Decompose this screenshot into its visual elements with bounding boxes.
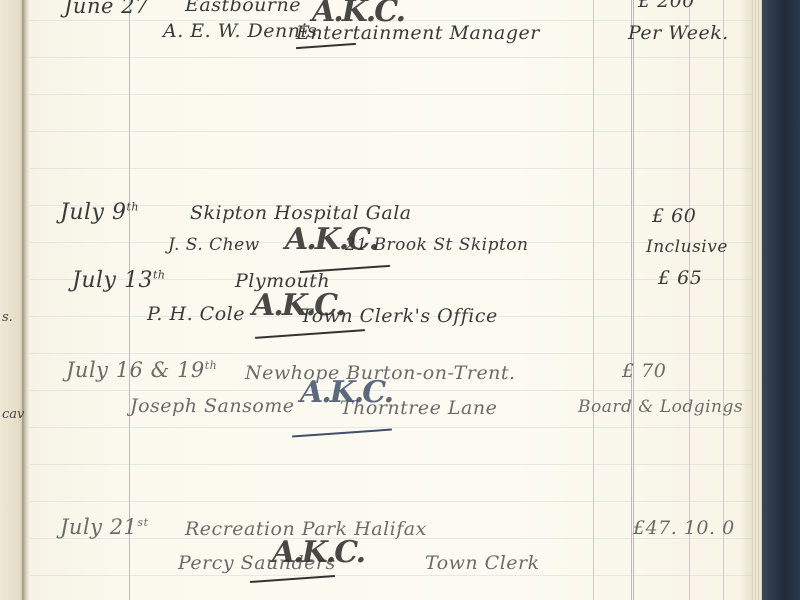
- ruling-line: [30, 168, 752, 169]
- date-text: July 9: [60, 200, 126, 225]
- signature-underline: [255, 329, 365, 339]
- ruling-line: [30, 57, 752, 58]
- ruling-line: [30, 131, 752, 132]
- entry-fee: £47. 10. 0: [633, 517, 735, 539]
- margin-rule: [129, 0, 130, 600]
- column-rule: [723, 0, 724, 600]
- signature-underline: [292, 429, 392, 438]
- initials-signature: A.K.C.: [300, 375, 392, 410]
- date-text: July 13: [72, 268, 153, 293]
- entry-date: June 27: [64, 0, 149, 18]
- entry-fee-note: Board & Lodgings: [578, 397, 743, 417]
- date-suffix: th: [153, 269, 166, 282]
- entry-contact: A. E. W. Dennis: [163, 20, 317, 42]
- entry-contact: P. H. Cole: [147, 303, 245, 325]
- ledger-page: s. cav June 27 Eastbourne A. E. W. Denni…: [0, 0, 800, 600]
- margin-fragment: s.: [2, 310, 13, 325]
- facing-page-edge: [0, 0, 24, 600]
- column-rule: [633, 0, 634, 600]
- ruling-line: [30, 575, 752, 576]
- column-rule: [593, 0, 594, 600]
- initials-signature: A.K.C.: [285, 222, 377, 257]
- entry-fee: £ 65: [658, 267, 702, 289]
- entry-date: July 16 & 19th: [66, 358, 217, 382]
- ruling-line: [30, 94, 752, 95]
- page-edges: [752, 0, 762, 600]
- date-suffix: st: [137, 516, 148, 529]
- column-rule: [689, 0, 690, 600]
- entry-contact: Joseph Sansome: [130, 395, 295, 417]
- entry-venue: Eastbourne: [185, 0, 301, 16]
- ruling-line: [30, 353, 752, 354]
- date-text: July 16 & 19: [66, 358, 205, 382]
- initials-signature: A.K.C.: [312, 0, 404, 29]
- entry-fee-note: Per Week.: [628, 22, 729, 44]
- entry-date: July 9th: [60, 200, 139, 225]
- initials-signature: A.K.C.: [252, 288, 344, 323]
- entry-fee-note: Inclusive: [646, 237, 728, 257]
- date-suffix: th: [126, 201, 139, 214]
- entry-fee: £ 70: [622, 360, 666, 382]
- entry-date: July 13th: [72, 268, 165, 293]
- entry-fee: £ 60: [652, 205, 696, 227]
- gutter-shadow: [22, 0, 28, 600]
- date-text: July 21: [60, 515, 137, 539]
- entry-fee: £ 200: [638, 0, 695, 12]
- entry-venue: Skipton Hospital Gala: [190, 202, 412, 224]
- initials-signature: A.K.C.: [272, 535, 364, 570]
- date-suffix: th: [205, 359, 218, 372]
- entry-contact-detail: Town Clerk: [425, 552, 540, 574]
- entry-date: July 21st: [60, 515, 149, 539]
- column-rule: [631, 0, 632, 600]
- ruling-line: [30, 464, 752, 465]
- entry-contact: J. S. Chew: [168, 235, 260, 255]
- ruling-line: [30, 501, 752, 502]
- signature-underline: [250, 575, 335, 583]
- margin-fragment: cav: [2, 407, 24, 422]
- book-binding: [762, 0, 800, 600]
